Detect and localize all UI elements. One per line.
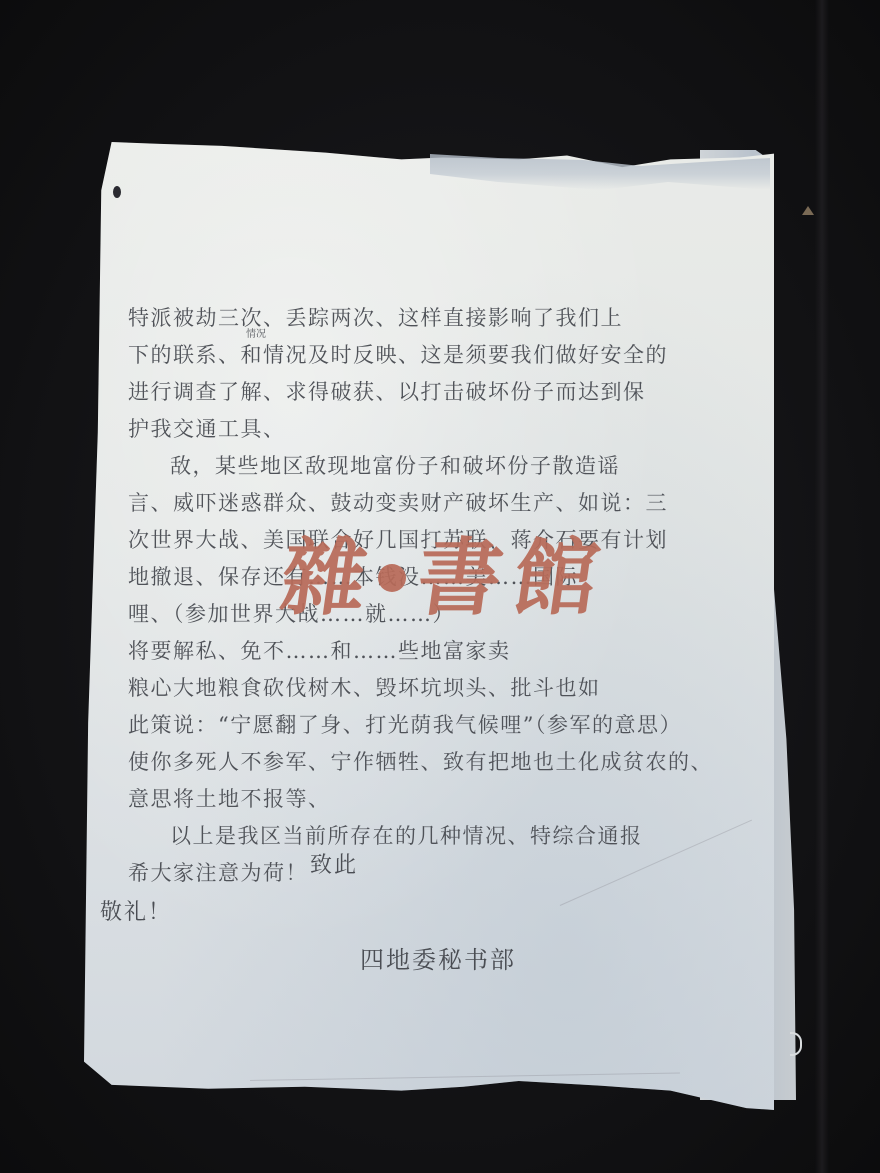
watermark-char: 書	[412, 536, 508, 620]
ink-stain	[113, 186, 121, 198]
backdrop-seam	[815, 0, 829, 1173]
body-line: 护我交通工具、	[128, 411, 638, 448]
watermark: 雜 書 館	[270, 528, 610, 628]
body-line: 此策说：“宁愿翻了身、打光荫我气候哩”（参军的意思）	[128, 707, 638, 744]
body-line: 下的联系、和情况及时反映、这是须要我们做好安全的	[128, 337, 638, 374]
body-line: 进行调查了解、求得破获、以打击破坏份子而达到保	[128, 374, 638, 411]
body-line: 特派被劫三次、丢踪两次、这样直接影响了我们上	[128, 300, 638, 337]
body-line: 使你多死人不参军、宁作牺牲、致有把地也土化成贫农的、	[128, 744, 638, 781]
closing-regards: 敬礼！	[100, 895, 172, 926]
body-line: 以上是我区当前所存在的几种情况、特综合通报	[128, 818, 638, 855]
body-line: 将要解私、免不……和……些地富家卖	[128, 633, 638, 670]
body-line: 敌，某些地区敌现地富份子和破坏份子散造谣	[128, 448, 638, 485]
watermark-char: 館	[508, 536, 604, 620]
corner-marker	[802, 206, 814, 215]
signature-organization: 四地委秘书部	[360, 940, 516, 975]
watermark-dot	[378, 564, 406, 592]
closing-salutation: 致此	[310, 848, 358, 879]
body-line: 意思将土地不报等、	[128, 781, 638, 818]
watermark-char: 雜	[276, 536, 372, 620]
body-line: 言、威吓迷惑群众、鼓动变卖财产破坏生产、如说：三	[128, 485, 638, 522]
body-line: 希大家注意为荷！	[128, 855, 638, 892]
body-line: 粮心大地粮食砍伐树木、毁坏坑坝头、批斗也如	[128, 670, 638, 707]
